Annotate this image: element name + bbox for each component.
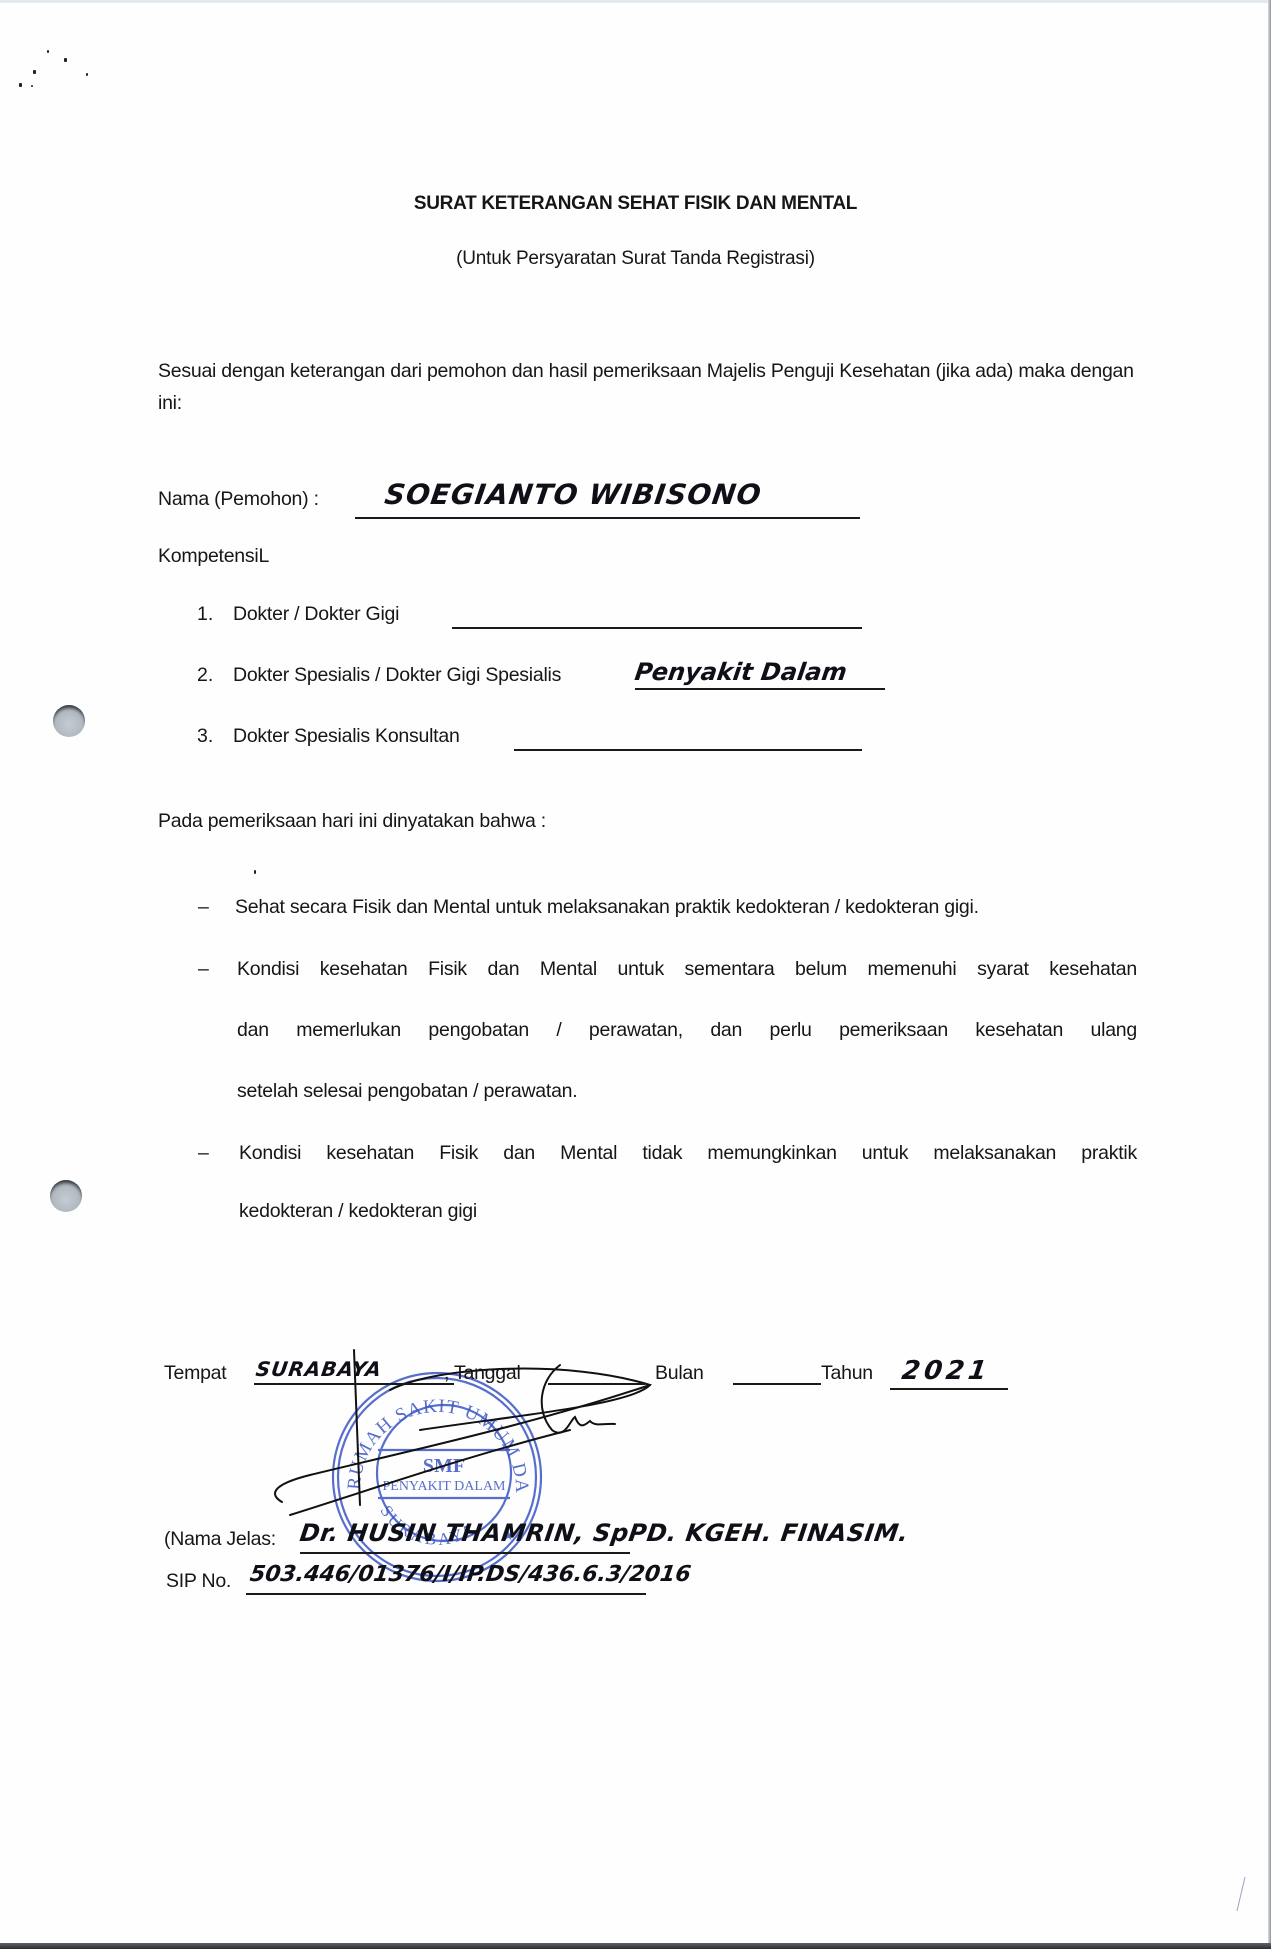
competence-number-3: 3.: [197, 725, 213, 748]
statement-3-line-1: Kondisi kesehatan Fisik dan Mental tidak…: [239, 1142, 1137, 1165]
statement-1-dash: –: [198, 896, 209, 919]
competence-number-2: 2.: [197, 664, 213, 687]
applicant-label: Nama (Pemohon) :: [158, 488, 319, 511]
document-title: SURAT KETERANGAN SEHAT FISIK DAN MENTAL: [0, 193, 1271, 215]
competence-label: KompetensiL: [158, 545, 269, 568]
document-page: SURAT KETERANGAN SEHAT FISIK DAN MENTAL …: [0, 0, 1271, 1949]
sip-underline: [246, 1593, 646, 1595]
punch-hole-lower: [50, 1180, 82, 1212]
page-bottom-edge: [0, 1943, 1271, 1949]
competence-number-1: 1.: [197, 603, 213, 626]
applicant-underline: [355, 517, 860, 519]
intro-paragraph: Sesuai dengan keterangan dari pemohon da…: [158, 355, 1138, 419]
statement-2-dash: –: [198, 958, 209, 981]
place-label: Tempat: [164, 1362, 226, 1385]
statement-1-line-1: Sehat secara Fisik dan Mental untuk mela…: [235, 896, 979, 919]
stray-pen-mark: [1235, 1875, 1247, 1915]
competence-item-3-label: Dokter Spesialis Konsultan: [233, 725, 460, 748]
statement-2-line-3: setelah selesai pengobatan / perawatan.: [237, 1080, 577, 1103]
stray-mark: [254, 870, 256, 874]
scan-speck: [33, 70, 36, 74]
month-label: Bulan: [655, 1362, 704, 1385]
scan-speck: [19, 83, 22, 87]
competence-item-2-label: Dokter Spesialis / Dokter Gigi Spesialis: [233, 664, 561, 687]
sip-label: SIP No.: [166, 1570, 231, 1593]
date-label: , Tanggal: [444, 1362, 521, 1385]
competence-item-1-label: Dokter / Dokter Gigi: [233, 603, 399, 626]
scan-speck: [47, 50, 49, 53]
sip-value: 503.446/01376/I/IP.DS/436.6.3/2016: [248, 1562, 692, 1587]
signer-name-underline: [300, 1552, 630, 1554]
scan-speck: [31, 85, 33, 87]
statement-3-dash: –: [198, 1142, 209, 1165]
document-subtitle: (Untuk Persyaratan Surat Tanda Registras…: [0, 248, 1271, 270]
statement-3-line-2: kedokteran / kedokteran gigi: [239, 1200, 477, 1223]
signer-name-value: Dr. HUSIN THAMRIN, SpPD. KGEH. FINASIM.: [298, 1519, 910, 1547]
competence-item-2-line: [635, 688, 885, 690]
competence-item-1-line: [452, 627, 862, 629]
competence-item-2-value: Penyakit Dalam: [633, 658, 849, 686]
month-underline: [733, 1383, 821, 1385]
year-value: 2021: [900, 1356, 993, 1386]
page-top-edge: [0, 0, 1271, 3]
year-underline: [890, 1388, 1008, 1390]
punch-hole-upper: [53, 705, 85, 737]
date-underline: [548, 1383, 645, 1385]
statement-intro: Pada pemeriksaan hari ini dinyatakan bah…: [158, 810, 546, 833]
place-underline: [254, 1383, 454, 1385]
year-label: Tahun: [821, 1362, 873, 1385]
place-value: SURABAYA: [254, 1357, 383, 1381]
competence-item-3-line: [514, 749, 862, 751]
scan-speck: [86, 73, 88, 76]
statement-2-line-2: dan memerlukan pengobatan / perawatan, d…: [237, 1019, 1137, 1042]
scan-speck: [64, 58, 67, 62]
statement-2-line-1: Kondisi kesehatan Fisik dan Mental untuk…: [237, 958, 1137, 981]
applicant-name-value: SOEGIANTO WIBISONO: [383, 478, 764, 511]
signer-name-label: (Nama Jelas:: [164, 1528, 276, 1551]
